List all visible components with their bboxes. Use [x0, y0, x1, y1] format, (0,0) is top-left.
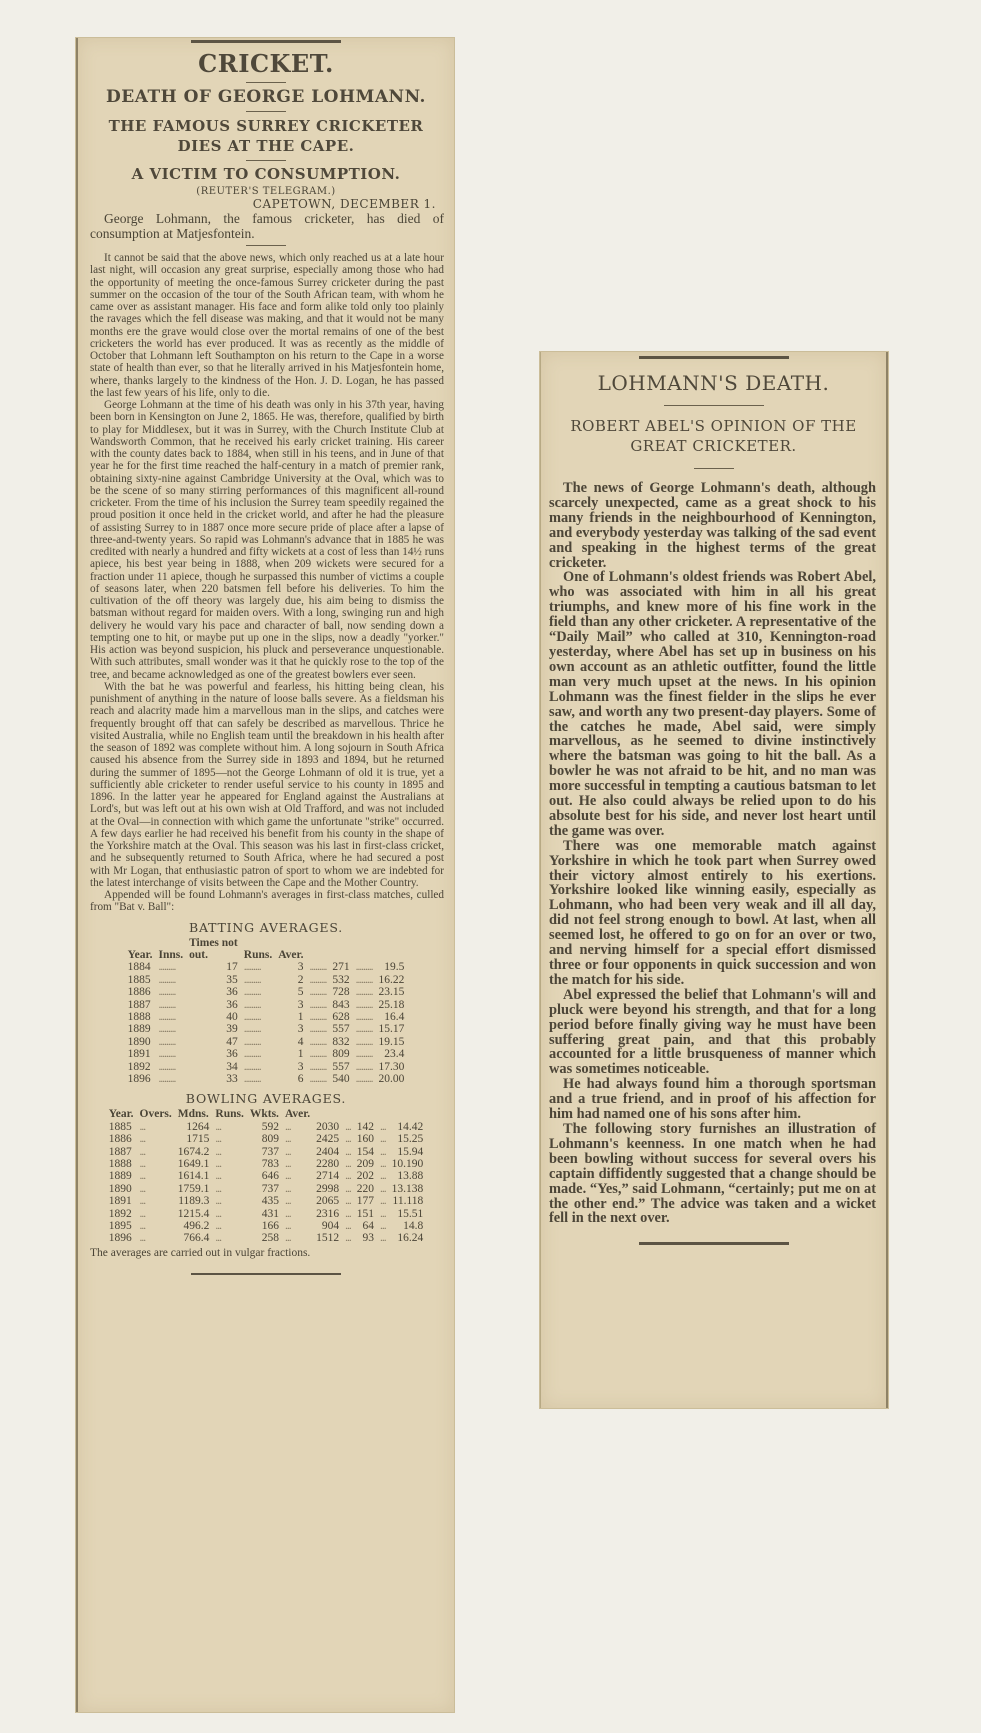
table-cell: 20.00	[375, 1073, 407, 1085]
col-aver: Aver.	[282, 1108, 313, 1120]
table-cell: 557	[329, 1061, 352, 1073]
table-cell: 843	[329, 999, 352, 1011]
table-cell: 160	[354, 1133, 377, 1145]
table-cell: 1614.1	[175, 1170, 213, 1182]
headline: LOHMANN'S DEATH.	[541, 371, 886, 395]
leader-dots: .........	[306, 986, 329, 998]
leader-dots: ...	[377, 1146, 389, 1158]
table-cell: 832	[329, 1036, 352, 1048]
top-rule	[639, 356, 789, 359]
leader-dots: .........	[353, 1011, 376, 1023]
leader-dots: ...	[342, 1121, 354, 1133]
body-paragraph: George Lohmann at the time of his death …	[78, 399, 454, 681]
table-row: 1889...1614.1...646...2714...202...13.88	[106, 1170, 427, 1182]
leader-dots: .........	[241, 1061, 275, 1073]
table-cell: 1896	[125, 1073, 156, 1085]
leader-dots: .........	[306, 1023, 329, 1035]
leader-dots: .........	[155, 1011, 186, 1023]
col-runs: Runs.	[241, 949, 275, 961]
body-paragraph: He had always found him a thorough sport…	[541, 1077, 886, 1122]
table-cell: 16.4	[375, 1011, 407, 1023]
col-year: Year.	[106, 1108, 137, 1120]
table-cell: 2404	[313, 1146, 342, 1158]
leader-dots: ...	[377, 1220, 389, 1232]
table-row: 1888.........40.........1.........628...…	[125, 1011, 408, 1023]
body-paragraph: With the bat he was powerful and fearles…	[78, 681, 454, 889]
subheadline: ROBERT ABEL'S OPINION OF THE GREAT CRICK…	[541, 416, 886, 456]
table-cell: 1512	[313, 1232, 342, 1244]
leader-dots: .........	[353, 1073, 376, 1085]
leader-dots: ...	[342, 1232, 354, 1244]
table-cell: 36	[186, 1048, 241, 1060]
col-maidens: Mdns.	[175, 1108, 213, 1120]
table-cell: 1885	[106, 1121, 137, 1133]
table-row: 1887...1674.2...737...2404...154...15.94	[106, 1146, 427, 1158]
table-cell: 2998	[313, 1183, 342, 1195]
leader-dots: ...	[282, 1121, 313, 1133]
table-cell: 2065	[313, 1195, 342, 1207]
leader-dots: .........	[155, 999, 186, 1011]
table-cell: 177	[354, 1195, 377, 1207]
body-paragraph: It cannot be said that the above news, w…	[78, 252, 454, 399]
col-year: Year.	[125, 949, 156, 961]
body-paragraph: The following story furnishes an illustr…	[541, 1122, 886, 1226]
leader-dots: ...	[212, 1220, 246, 1232]
table-cell: 36	[186, 999, 241, 1011]
leader-dots: .........	[241, 999, 275, 1011]
table-cell: 1264	[175, 1121, 213, 1133]
table-cell: 1649.1	[175, 1158, 213, 1170]
table-cell: 14.42	[389, 1121, 427, 1133]
footnote: The averages are carried out in vulgar f…	[78, 1247, 454, 1259]
table-cell: 4	[275, 1036, 306, 1048]
body-paragraph: Abel expressed the belief that Lohmann's…	[541, 988, 886, 1077]
table-cell: 646	[247, 1170, 282, 1182]
leader-dots: .........	[353, 961, 376, 973]
leader-dots: ...	[342, 1146, 354, 1158]
table-cell: 766.4	[175, 1232, 213, 1244]
leader-dots: ...	[137, 1133, 175, 1145]
table-cell: 1891	[125, 1048, 156, 1060]
dateline: CAPETOWN, DECEMBER 1.	[78, 197, 454, 211]
leader-dots: ...	[342, 1133, 354, 1145]
leader-dots: .........	[306, 1073, 329, 1085]
table-cell: 15.17	[375, 1023, 407, 1035]
table-cell: 2030	[313, 1121, 342, 1133]
divider	[246, 82, 286, 83]
table-cell: 809	[247, 1133, 282, 1145]
leader-dots: .........	[241, 1073, 275, 1085]
table-cell: 10.190	[389, 1158, 427, 1170]
table-header-row: Year. Inns. out. Runs. Aver.	[125, 949, 408, 961]
table-cell: 202	[354, 1170, 377, 1182]
col-runs: Runs.	[212, 1108, 246, 1120]
leader-dots: ...	[212, 1158, 246, 1170]
leader-dots: .........	[155, 1048, 186, 1060]
body-paragraph: Appended will be found Lohmann's average…	[78, 889, 454, 914]
table-row: 1891.........36.........1.........809...…	[125, 1048, 408, 1060]
table-cell: 23.15	[375, 986, 407, 998]
leader-dots: ...	[137, 1158, 175, 1170]
leader-dots: ...	[342, 1170, 354, 1182]
table-cell: 11.118	[389, 1195, 427, 1207]
table-row: 1890.........47.........4.........832...…	[125, 1036, 408, 1048]
leader-dots: .........	[353, 1023, 376, 1035]
table-row: 1895...496.2...166...904...64...14.8	[106, 1220, 427, 1232]
table-cell: 2425	[313, 1133, 342, 1145]
leader-dots: ...	[377, 1121, 389, 1133]
col-inns: Inns.	[155, 949, 186, 961]
clipping-cricket-death-of-george-lohmann: CRICKET. DEATH OF GEORGE LOHMANN. THE FA…	[76, 38, 454, 1712]
table-cell: 1884	[125, 961, 156, 973]
leader-dots: ...	[282, 1220, 313, 1232]
leader-dots: ...	[282, 1158, 313, 1170]
leader-dots: ...	[377, 1232, 389, 1244]
table-row: 1884.........17.........3.........271...…	[125, 961, 408, 973]
table-cell: 15.94	[389, 1146, 427, 1158]
leader-dots: ...	[377, 1208, 389, 1220]
table-cell: 1215.4	[175, 1208, 213, 1220]
table-cell: 1759.1	[175, 1183, 213, 1195]
table-cell: 23.4	[375, 1048, 407, 1060]
section-heading: CRICKET.	[78, 49, 454, 78]
leader-dots: ...	[377, 1183, 389, 1195]
table-cell: 783	[247, 1158, 282, 1170]
leader-dots: ...	[137, 1121, 175, 1133]
leader-dots: .........	[306, 1011, 329, 1023]
table-cell: 1889	[106, 1170, 137, 1182]
divider	[246, 160, 286, 161]
table-cell: 904	[313, 1220, 342, 1232]
top-rule	[191, 40, 341, 43]
leader-dots: .........	[155, 986, 186, 998]
table-cell: 557	[329, 1023, 352, 1035]
table-cell: 1889	[125, 1023, 156, 1035]
table-cell: 1887	[106, 1146, 137, 1158]
table-cell: 1896	[106, 1232, 137, 1244]
table-cell: 17	[186, 961, 241, 973]
table-cell: 809	[329, 1048, 352, 1060]
subheadline: THE FAMOUS SURREY CRICKETER DIES AT THE …	[78, 116, 454, 156]
table-row: 1885.........35.........2.........532...…	[125, 974, 408, 986]
table-cell: 628	[329, 1011, 352, 1023]
leader-dots: ...	[137, 1232, 175, 1244]
table-cell: 1888	[125, 1011, 156, 1023]
leader-dots: .........	[241, 1036, 275, 1048]
table-row: 1885...1264...592...2030...142...14.42	[106, 1121, 427, 1133]
leader-dots: .........	[241, 1048, 275, 1060]
table-cell: 496.2	[175, 1220, 213, 1232]
table-cell: 166	[247, 1220, 282, 1232]
leader-dots: ...	[282, 1195, 313, 1207]
leader-dots: ...	[137, 1220, 175, 1232]
table-cell: 36	[186, 986, 241, 998]
table-cell: 431	[247, 1208, 282, 1220]
table-cell: 3	[275, 1061, 306, 1073]
table-cell: 19.15	[375, 1036, 407, 1048]
table-cell: 1887	[125, 999, 156, 1011]
table-cell: 1895	[106, 1220, 137, 1232]
col-wickets: Wkts.	[247, 1108, 282, 1120]
bowling-averages-table: Year. Overs. Mdns. Runs. Wkts. Aver. 188…	[106, 1108, 427, 1244]
leader-dots: ...	[137, 1146, 175, 1158]
table-row: 1888...1649.1...783...2280...209...10.19…	[106, 1158, 427, 1170]
table-cell: 2316	[313, 1208, 342, 1220]
table-cell: 1674.2	[175, 1146, 213, 1158]
col-not-out: out.	[186, 949, 241, 961]
leader-dots: .........	[241, 986, 275, 998]
table-cell: 14.8	[389, 1220, 427, 1232]
batting-averages-table: Times not Year. Inns. out. Runs. Aver. 1…	[125, 937, 408, 1086]
table-cell: 1890	[125, 1036, 156, 1048]
leader-dots: ...	[282, 1133, 313, 1145]
leader-dots: .........	[155, 974, 186, 986]
leader-dots: ...	[342, 1220, 354, 1232]
table-cell: 6	[275, 1073, 306, 1085]
table-cell: 1886	[125, 986, 156, 998]
table-cell: 16.22	[375, 974, 407, 986]
leader-dots: .........	[306, 1048, 329, 1060]
table-cell: 1885	[125, 974, 156, 986]
table-cell: 271	[329, 961, 352, 973]
divider	[694, 468, 734, 469]
table-cell: 737	[247, 1146, 282, 1158]
leader-dots: .........	[306, 999, 329, 1011]
table-cell: 2714	[313, 1170, 342, 1182]
leader-dots: .........	[241, 1023, 275, 1035]
table-cell: 15.51	[389, 1208, 427, 1220]
body-paragraph: The news of George Lohmann's death, alth…	[541, 481, 886, 570]
table-cell: 1	[275, 1048, 306, 1060]
leader-dots: ...	[377, 1133, 389, 1145]
table-cell: 1888	[106, 1158, 137, 1170]
leader-dots: ...	[282, 1146, 313, 1158]
leader-dots: ...	[282, 1183, 313, 1195]
table-cell: 15.25	[389, 1133, 427, 1145]
table-row: 1896...766.4...258...1512...93...16.24	[106, 1232, 427, 1244]
leader-dots: .........	[353, 1061, 376, 1073]
table-cell: 3	[275, 999, 306, 1011]
col-header-top: Times not	[186, 937, 241, 949]
leader-dots: .........	[353, 1048, 376, 1060]
leader-dots: ...	[342, 1208, 354, 1220]
table-row: 1890...1759.1...737...2998...220...13.13…	[106, 1183, 427, 1195]
leader-dots: ...	[212, 1232, 246, 1244]
table-cell: 592	[247, 1121, 282, 1133]
leader-dots: .........	[155, 1036, 186, 1048]
table-cell: 1715	[175, 1133, 213, 1145]
table-cell: 13.88	[389, 1170, 427, 1182]
bottom-rule	[191, 1273, 341, 1275]
leader-dots: .........	[353, 974, 376, 986]
clipping-lohmanns-death: LOHMANN'S DEATH. ROBERT ABEL'S OPINION O…	[540, 352, 888, 1408]
table-header-row: Year. Overs. Mdns. Runs. Wkts. Aver.	[106, 1108, 427, 1120]
table-cell: 34	[186, 1061, 241, 1073]
divider	[664, 405, 764, 406]
table-cell: 1891	[106, 1195, 137, 1207]
leader-dots: ...	[282, 1170, 313, 1182]
batting-averages-title: BATTING AVERAGES.	[78, 920, 454, 935]
leader-dots: ...	[212, 1183, 246, 1195]
leader-dots: ...	[212, 1146, 246, 1158]
table-cell: 17.30	[375, 1061, 407, 1073]
leader-dots: ...	[342, 1183, 354, 1195]
body-paragraph: There was one memorable match against Yo…	[541, 839, 886, 988]
leader-dots: ...	[342, 1158, 354, 1170]
leader-dots: .........	[353, 999, 376, 1011]
table-row: 1892.........34.........3.........557...…	[125, 1061, 408, 1073]
table-row: 1892...1215.4...431...2316...151...15.51	[106, 1208, 427, 1220]
leader-dots: ...	[377, 1195, 389, 1207]
table-cell: 2	[275, 974, 306, 986]
table-cell: 39	[186, 1023, 241, 1035]
table-row: 1887.........36.........3.........843...…	[125, 999, 408, 1011]
table-cell: 2280	[313, 1158, 342, 1170]
table-row: 1886...1715...809...2425...160...15.25	[106, 1133, 427, 1145]
leader-dots: ...	[137, 1170, 175, 1182]
table-cell: 47	[186, 1036, 241, 1048]
headline: DEATH OF GEORGE LOHMANN.	[78, 87, 454, 107]
table-cell: 209	[354, 1158, 377, 1170]
table-cell: 540	[329, 1073, 352, 1085]
table-row: 1896.........33.........6.........540...…	[125, 1073, 408, 1085]
table-cell: 532	[329, 974, 352, 986]
leader-dots: .........	[241, 1011, 275, 1023]
leader-dots: .........	[306, 974, 329, 986]
bottom-rule	[639, 1242, 789, 1245]
table-cell: 258	[247, 1232, 282, 1244]
table-cell: 151	[354, 1208, 377, 1220]
table-cell: 25.18	[375, 999, 407, 1011]
leader-dots: ...	[377, 1170, 389, 1182]
table-cell: 142	[354, 1121, 377, 1133]
leader-dots: .........	[353, 1036, 376, 1048]
source-credit: (REUTER'S TELEGRAM.)	[78, 186, 454, 197]
table-cell: 35	[186, 974, 241, 986]
col-aver: Aver.	[275, 949, 306, 961]
table-cell: 154	[354, 1146, 377, 1158]
leader-dots: .........	[155, 1061, 186, 1073]
table-cell: 64	[354, 1220, 377, 1232]
table-cell: 1	[275, 1011, 306, 1023]
leader-dots: ...	[137, 1195, 175, 1207]
table-cell: 3	[275, 1023, 306, 1035]
table-cell: 1886	[106, 1133, 137, 1145]
leader-dots: ...	[212, 1170, 246, 1182]
leader-dots: ...	[212, 1133, 246, 1145]
divider	[246, 111, 286, 112]
leader-dots: .........	[306, 1061, 329, 1073]
table-cell: 220	[354, 1183, 377, 1195]
leader-dots: .........	[241, 974, 275, 986]
leader-dots: .........	[306, 961, 329, 973]
leader-dots: ...	[212, 1208, 246, 1220]
table-cell: 13.138	[389, 1183, 427, 1195]
table-cell: 19.5	[375, 961, 407, 973]
leader-dots: ...	[137, 1183, 175, 1195]
leader-dots: ...	[282, 1232, 313, 1244]
leader-dots: .........	[155, 1023, 186, 1035]
table-cell: 737	[247, 1183, 282, 1195]
table-cell: 1890	[106, 1183, 137, 1195]
body-paragraph: One of Lohmann's oldest friends was Robe…	[541, 570, 886, 838]
leader-dots: ...	[282, 1208, 313, 1220]
table-cell: 3	[275, 961, 306, 973]
table-cell: 1189.3	[175, 1195, 213, 1207]
bowling-averages-title: BOWLING AVERAGES.	[78, 1091, 454, 1106]
leader-dots: .........	[306, 1036, 329, 1048]
col-overs: Overs.	[137, 1108, 175, 1120]
table-row: 1889.........39.........3.........557...…	[125, 1023, 408, 1035]
table-cell: 1892	[106, 1208, 137, 1220]
leader-dots: ...	[377, 1158, 389, 1170]
table-cell: 435	[247, 1195, 282, 1207]
leader-dots: ...	[212, 1195, 246, 1207]
leader-dots: ...	[212, 1121, 246, 1133]
leader-dots: .........	[155, 1073, 186, 1085]
subsubheadline: A VICTIM TO CONSUMPTION.	[78, 165, 454, 183]
leader-dots: .........	[353, 986, 376, 998]
divider	[246, 245, 286, 246]
table-cell: 33	[186, 1073, 241, 1085]
table-cell: 16.24	[389, 1232, 427, 1244]
leader-dots: .........	[155, 961, 186, 973]
table-cell: 728	[329, 986, 352, 998]
leader-dots: .........	[241, 961, 275, 973]
table-cell: 93	[354, 1232, 377, 1244]
table-row: 1891...1189.3...435...2065...177...11.11…	[106, 1195, 427, 1207]
lead-paragraph: George Lohmann, the famous cricketer, ha…	[78, 211, 454, 241]
table-row: 1886.........36.........5.........728...…	[125, 986, 408, 998]
table-cell: 1892	[125, 1061, 156, 1073]
leader-dots: ...	[342, 1195, 354, 1207]
table-cell: 40	[186, 1011, 241, 1023]
leader-dots: ...	[137, 1208, 175, 1220]
table-cell: 5	[275, 986, 306, 998]
